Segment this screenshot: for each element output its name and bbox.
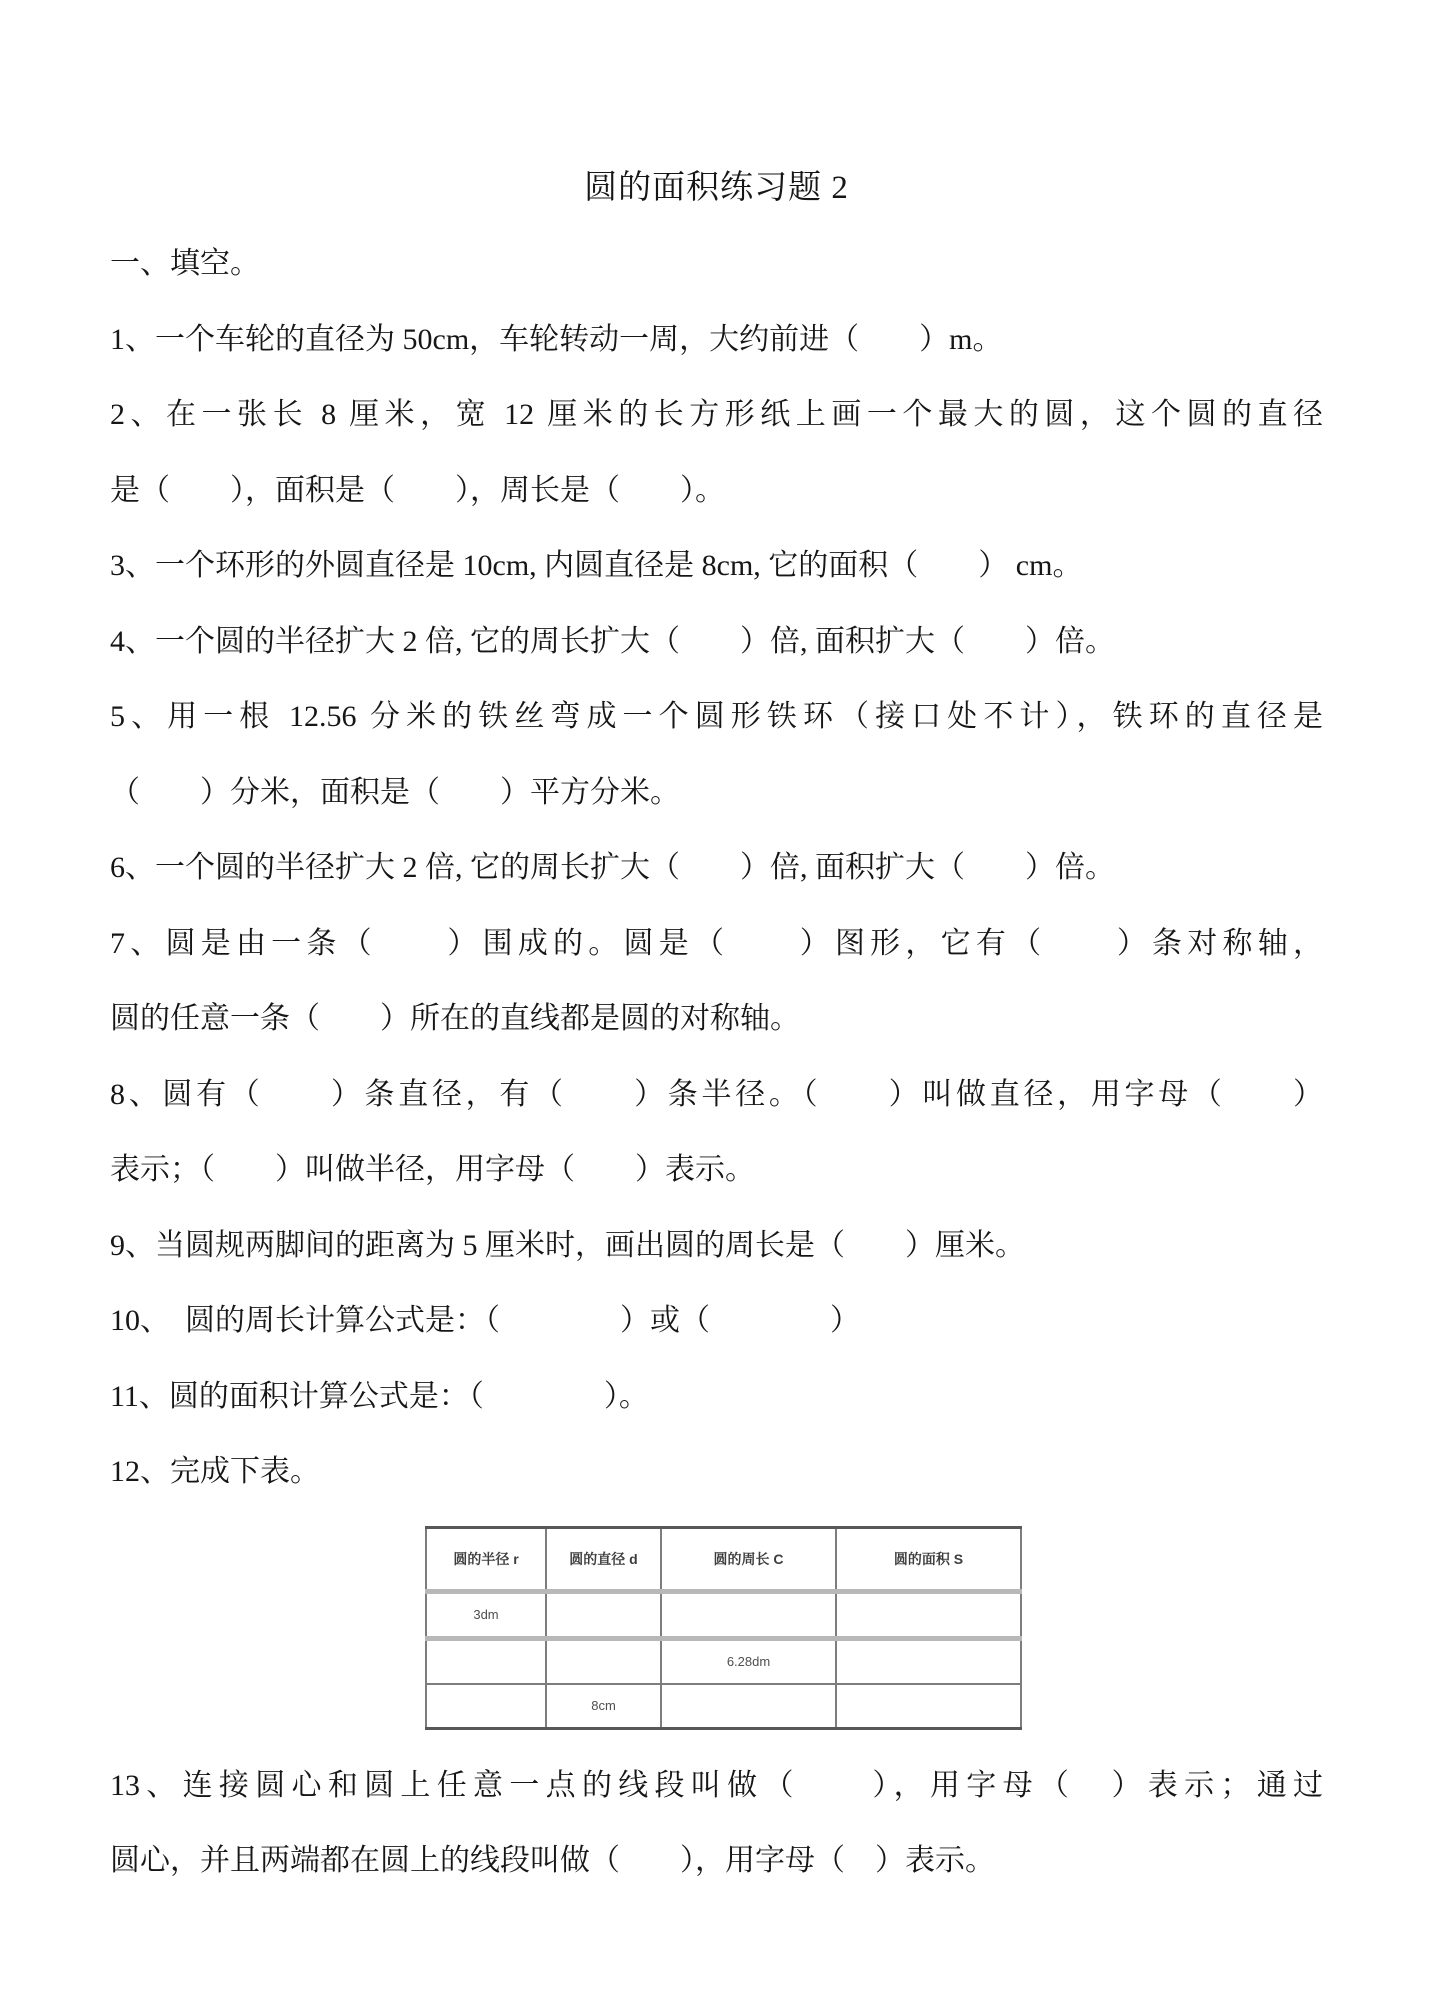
circle-measures-table: 圆的半径 r 圆的直径 d 圆的周长 C 圆的面积 S 3dm 6.28dm: [425, 1526, 1022, 1730]
table-header-area: 圆的面积 S: [836, 1527, 1021, 1591]
section-heading: 一、填空。: [110, 226, 1323, 302]
table-header-radius: 圆的半径 r: [426, 1527, 546, 1591]
line-q2b: 是（ ），面积是（ ），周长是（ ）。: [110, 453, 1323, 529]
table-cell: [546, 1591, 661, 1638]
line-q5b: （ ）分米，面积是（ ）平方分米。: [110, 755, 1323, 831]
line-q13a: 13、连接圆心和圆上任意一点的线段叫做（ ），用字母（ ）表示；通过: [110, 1748, 1323, 1824]
table-cell: [661, 1591, 836, 1638]
line-q9: 9、当圆规两脚间的距离为 5 厘米时，画出圆的周长是（ ）厘米。: [110, 1208, 1323, 1284]
line-q6: 6、一个圆的半径扩大 2 倍, 它的周长扩大（ ）倍, 面积扩大（ ）倍。: [110, 830, 1323, 906]
worksheet-page: 圆的面积练习题 2 一、填空。 1、一个车轮的直径为 50cm，车轮转动一周，大…: [0, 0, 1429, 1997]
line-q7a: 7、圆是由一条（ ）围成的。圆是（ ）图形，它有（ ）条对称轴，: [110, 906, 1323, 982]
table-cell: [836, 1591, 1021, 1638]
line-q12: 12、完成下表。: [110, 1434, 1323, 1510]
line-q3: 3、一个环形的外圆直径是 10cm, 内圆直径是 8cm, 它的面积（ ） cm…: [110, 528, 1323, 604]
table-cell: [661, 1684, 836, 1729]
line-q8a: 8、圆有（ ）条直径，有（ ）条半径。（ ）叫做直径，用字母（ ）: [110, 1057, 1323, 1133]
line-q1: 1、一个车轮的直径为 50cm，车轮转动一周，大约前进（ ）m。: [110, 302, 1323, 378]
line-q7b: 圆的任意一条（ ）所在的直线都是圆的对称轴。: [110, 981, 1323, 1057]
table-row: 8cm: [426, 1684, 1021, 1729]
table-cell: 6.28dm: [661, 1638, 836, 1684]
table-cell: 3dm: [426, 1591, 546, 1638]
table-row: 6.28dm: [426, 1638, 1021, 1684]
table-header-row: 圆的半径 r 圆的直径 d 圆的周长 C 圆的面积 S: [426, 1527, 1021, 1591]
line-q2a: 2、在一张长 8 厘米，宽 12 厘米的长方形纸上画一个最大的圆，这个圆的直径: [110, 377, 1323, 453]
table-cell: [836, 1684, 1021, 1729]
table-header-circumference: 圆的周长 C: [661, 1527, 836, 1591]
line-q13b: 圆心，并且两端都在圆上的线段叫做（ ），用字母（ ）表示。: [110, 1823, 1323, 1899]
table-cell: 8cm: [546, 1684, 661, 1729]
table-row: 3dm: [426, 1591, 1021, 1638]
line-q5a: 5、用一根 12.56 分米的铁丝弯成一个圆形铁环（接口处不计），铁环的直径是: [110, 679, 1323, 755]
table-cell: [426, 1684, 546, 1729]
line-q8b: 表示；（ ）叫做半径，用字母（ ）表示。: [110, 1132, 1323, 1208]
line-q11: 11、圆的面积计算公式是：（ ）。: [110, 1359, 1323, 1435]
page-title: 圆的面积练习题 2: [110, 150, 1323, 226]
table-header-diameter: 圆的直径 d: [546, 1527, 661, 1591]
table-cell: [426, 1638, 546, 1684]
table-cell: [546, 1638, 661, 1684]
line-q10: 10、 圆的周长计算公式是：（ ）或（ ）: [110, 1283, 1323, 1359]
table-cell: [836, 1638, 1021, 1684]
line-q4: 4、一个圆的半径扩大 2 倍, 它的周长扩大（ ）倍, 面积扩大（ ）倍。: [110, 604, 1323, 680]
